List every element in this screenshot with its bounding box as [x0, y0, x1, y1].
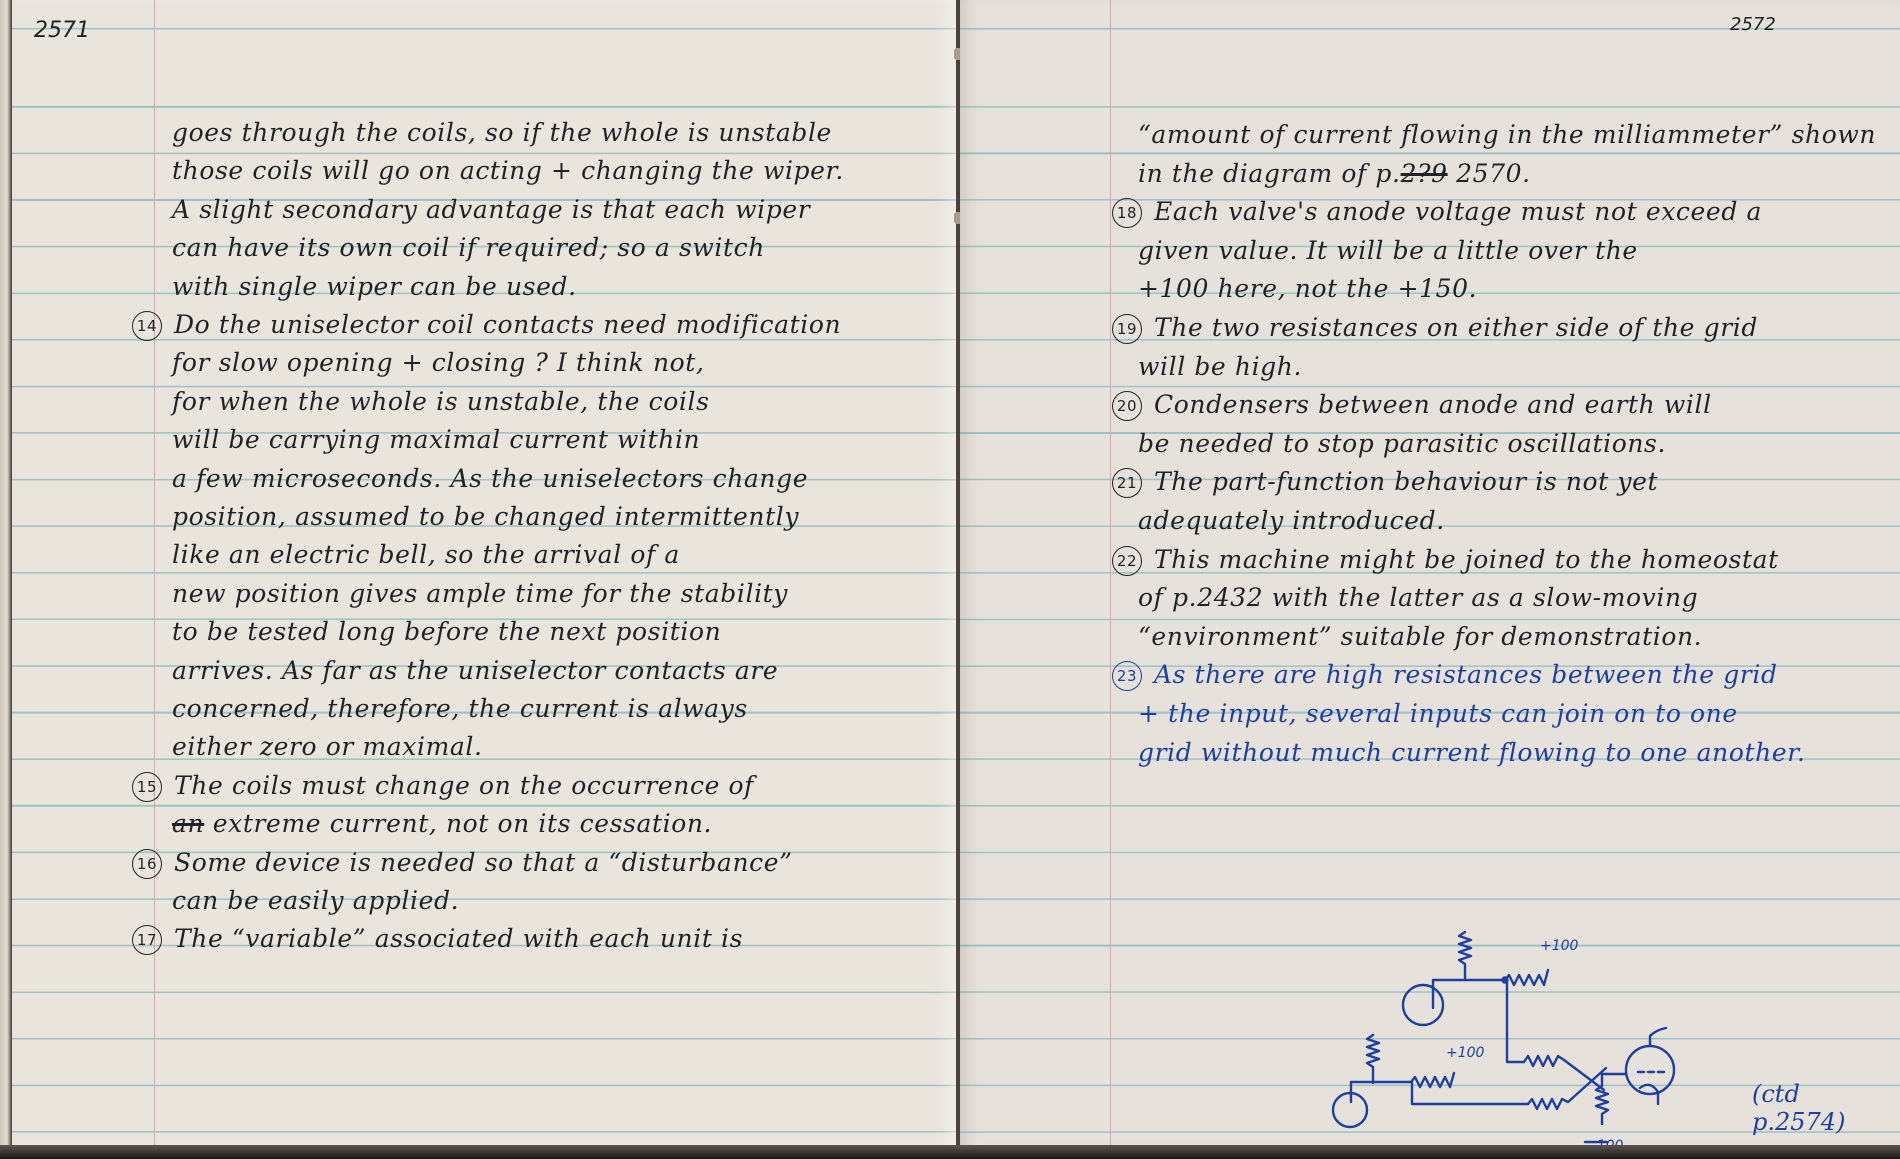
handwritten-line: for when the whole is unstable, the coil…: [172, 387, 710, 416]
handwritten-line: either zero or maximal.: [172, 732, 483, 761]
handwritten-line: can be easily applied.: [172, 886, 459, 915]
line-text: given value. It will be a little over th…: [1138, 236, 1638, 265]
line-text: either zero or maximal.: [172, 732, 483, 761]
handwritten-line: arrives. As far as the uniselector conta…: [172, 656, 778, 685]
handwritten-line: + the input, several inputs can join on …: [1138, 699, 1738, 728]
line-text: A slight secondary advantage is that eac…: [172, 195, 810, 224]
line-text: Do the uniselector coil contacts need mo…: [174, 310, 841, 339]
wire-lower: [1351, 1082, 1411, 1102]
line-text: The “variable” associated with each unit…: [174, 924, 743, 953]
line-text: adequately introduced.: [1138, 506, 1445, 535]
item-number-badge: 20: [1112, 391, 1142, 421]
circuit-diagram: [1320, 910, 1720, 1159]
item-number-badge: 22: [1112, 546, 1142, 576]
handwritten-line: goes through the coils, so if the whole …: [172, 118, 832, 147]
continuation-note: (ctd p.2574): [1752, 1080, 1900, 1136]
input-meter-top-icon: [1403, 985, 1443, 1025]
handwritten-line: “amount of current flowing in the millia…: [1138, 120, 1876, 149]
item-number-badge: 23: [1112, 661, 1142, 691]
page-number-left: 2571: [34, 18, 90, 43]
wire-vertical: [1507, 982, 1524, 1062]
handwritten-line: 14Do the uniselector coil contacts need …: [132, 310, 841, 341]
line-text: “environment” suitable for demonstration…: [1138, 622, 1702, 651]
line-text: extreme current, not on its cessation.: [204, 809, 712, 838]
line-text: The part-function behaviour is not yet: [1154, 467, 1658, 496]
resistor-to-grid-lower: [1528, 1068, 1606, 1109]
label-plus100-top: +100: [1540, 938, 1578, 954]
line-text: in the diagram of p.: [1138, 159, 1401, 188]
handwritten-line: 15The coils must change on the occurrenc…: [132, 771, 754, 802]
line-text: new position gives ample time for the st…: [172, 579, 788, 608]
handwritten-line: A slight secondary advantage is that eac…: [172, 195, 810, 224]
line-text: for when the whole is unstable, the coil…: [172, 387, 710, 416]
handwritten-line: +100 here, not the +150.: [1138, 274, 1477, 303]
handwritten-line: an extreme current, not on its cessation…: [172, 809, 712, 838]
left-page-edge: [0, 0, 12, 1150]
handwritten-line: like an electric bell, so the arrival of…: [172, 540, 680, 569]
line-text: with single wiper can be used.: [172, 272, 577, 301]
line-text: grid without much current flowing to one…: [1138, 738, 1806, 767]
line-text: like an electric bell, so the arrival of…: [172, 540, 680, 569]
handwritten-line: be needed to stop parasitic oscillations…: [1138, 429, 1666, 458]
struck-out-text: an: [172, 809, 204, 838]
handwritten-line: 19The two resistances on either side of …: [1112, 313, 1758, 344]
handwritten-line: 21The part-function behaviour is not yet: [1112, 467, 1658, 498]
item-number-badge: 19: [1112, 314, 1142, 344]
line-text: goes through the coils, so if the whole …: [172, 118, 832, 147]
valve-icon: [1626, 1046, 1674, 1094]
handwritten-line: will be high.: [1138, 352, 1302, 381]
line-text: Some device is needed so that a “disturb…: [174, 848, 793, 877]
handwritten-line: with single wiper can be used.: [172, 272, 577, 301]
handwritten-line: position, assumed to be changed intermit…: [172, 502, 799, 531]
handwritten-line: in the diagram of p.2?9 2570.: [1138, 159, 1531, 188]
line-text: be needed to stop parasitic oscillations…: [1138, 429, 1666, 458]
line-text: can be easily applied.: [172, 886, 459, 915]
line-text: will be carrying maximal current within: [172, 425, 700, 454]
line-text: The two resistances on either side of th…: [1154, 313, 1758, 342]
line-text: Condensers between anode and earth will: [1154, 390, 1712, 419]
line-text: 2570.: [1448, 159, 1531, 188]
resistor-top-horizontal: [1505, 970, 1548, 985]
item-number-badge: 18: [1112, 198, 1142, 228]
handwritten-line: 17The “variable” associated with each un…: [132, 924, 743, 955]
notebook-spread: 2571 goes through the coils, so if the w…: [0, 0, 1900, 1150]
resistor-lower-vertical: [1367, 1035, 1379, 1083]
handwritten-line: for slow opening + closing ? I think not…: [172, 348, 705, 377]
handwritten-line: 23As there are high resistances between …: [1112, 660, 1778, 691]
handwritten-line: adequately introduced.: [1138, 506, 1445, 535]
handwritten-line: 20Condensers between anode and earth wil…: [1112, 390, 1712, 421]
line-text: + the input, several inputs can join on …: [1138, 699, 1738, 728]
struck-out-text: 2?9: [1401, 159, 1448, 188]
line-text: position, assumed to be changed intermit…: [172, 502, 799, 531]
handwritten-line: will be carrying maximal current within: [172, 425, 700, 454]
handwritten-line: concerned, therefore, the current is alw…: [172, 694, 748, 723]
handwritten-line: 16Some device is needed so that a “distu…: [132, 848, 793, 879]
line-text: The coils must change on the occurrence …: [174, 771, 754, 800]
resistor-to-grid-upper: [1524, 1056, 1604, 1090]
label-plus100-mid: +100: [1446, 1045, 1484, 1061]
handwritten-line: can have its own coil if required; so a …: [172, 233, 765, 262]
handwritten-line: new position gives ample time for the st…: [172, 579, 788, 608]
bottom-edge: [0, 1145, 1900, 1159]
line-text: Each valve's anode voltage must not exce…: [1154, 197, 1762, 226]
item-number-badge: 15: [132, 772, 162, 802]
line-text: a few microseconds. As the uniselectors …: [172, 464, 808, 493]
line-text: concerned, therefore, the current is alw…: [172, 694, 748, 723]
resistor-top-vertical: [1459, 932, 1471, 978]
right-margin-line: [1110, 0, 1111, 1150]
line-text: will be high.: [1138, 352, 1302, 381]
line-text: can have its own coil if required; so a …: [172, 233, 765, 262]
handwritten-line: “environment” suitable for demonstration…: [1138, 622, 1702, 651]
line-text: those coils will go on acting + changing…: [172, 156, 844, 185]
handwritten-line: those coils will go on acting + changing…: [172, 156, 844, 185]
handwritten-line: of p.2432 with the latter as a slow-movi…: [1138, 583, 1698, 612]
handwritten-line: a few microseconds. As the uniselectors …: [172, 464, 808, 493]
item-number-badge: 17: [132, 925, 162, 955]
resistor-grid-leak: [1596, 1074, 1608, 1124]
handwritten-line: given value. It will be a little over th…: [1138, 236, 1638, 265]
line-text: “amount of current flowing in the millia…: [1138, 120, 1876, 149]
handwritten-line: 22This machine might be joined to the ho…: [1112, 545, 1779, 576]
valve-anode: [1650, 1028, 1666, 1046]
handwritten-line: 18Each valve's anode voltage must not ex…: [1112, 197, 1762, 228]
handwritten-line: grid without much current flowing to one…: [1138, 738, 1806, 767]
line-text: of p.2432 with the latter as a slow-movi…: [1138, 583, 1698, 612]
item-number-badge: 14: [132, 311, 162, 341]
line-text: This machine might be joined to the home…: [1154, 545, 1779, 574]
item-number-badge: 16: [132, 849, 162, 879]
line-text: arrives. As far as the uniselector conta…: [172, 656, 778, 685]
line-text: +100 here, not the +150.: [1138, 274, 1477, 303]
resistor-lower-horizontal: [1411, 1073, 1454, 1087]
page-number-right: 2572: [1730, 14, 1776, 35]
item-number-badge: 21: [1112, 468, 1142, 498]
line-text: to be tested long before the next positi…: [172, 617, 721, 646]
line-text: for slow opening + closing ? I think not…: [172, 348, 705, 377]
left-margin-line: [154, 0, 155, 1150]
line-text: As there are high resistances between th…: [1154, 660, 1778, 689]
handwritten-line: to be tested long before the next positi…: [172, 617, 721, 646]
left-page: 2571 goes through the coils, so if the w…: [12, 0, 958, 1150]
